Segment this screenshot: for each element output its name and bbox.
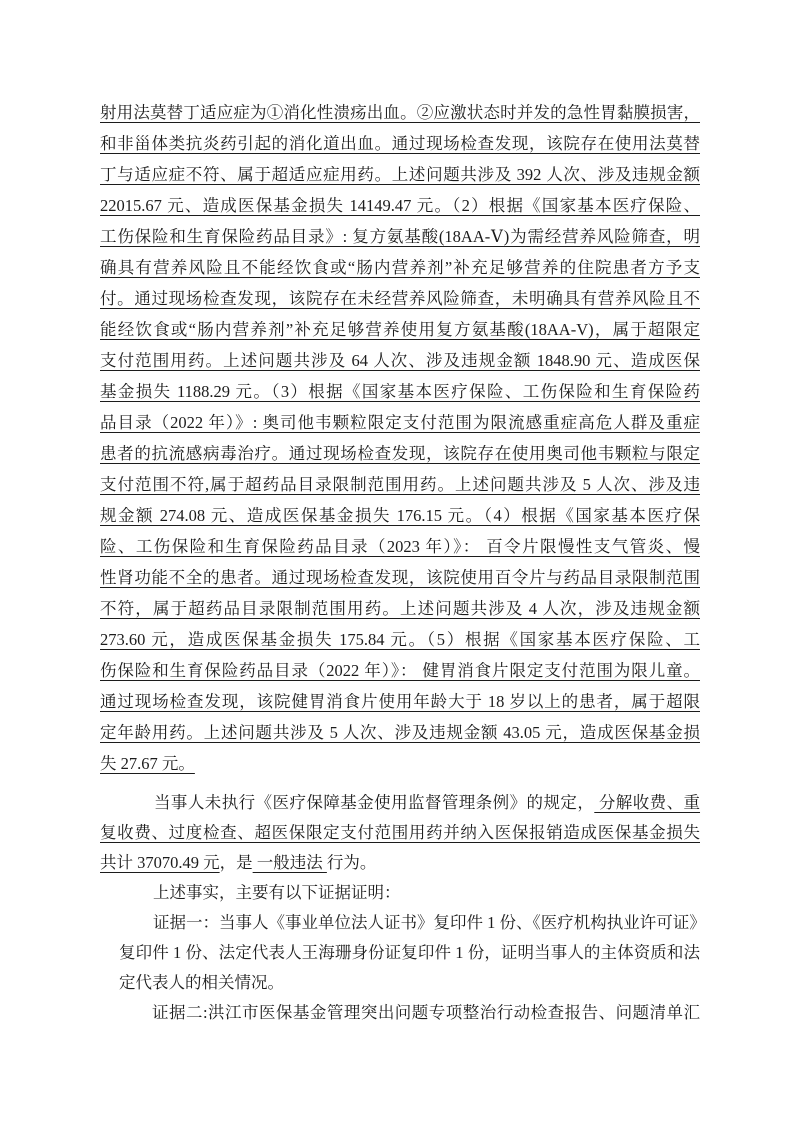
text-line: 性肾功能不全的患者。通过现场检查发现，该院使用百令片与药品目录限制范围 [100, 562, 700, 593]
text-line: 险、工伤保险和生育保险药品目录（2023 年）》： 百令片限慢性支气管炎、慢 [100, 531, 700, 562]
text-segment: 证据一：当事人《事业单位法人证书》复印件 1 份、《医疗机构执业许可证》 [153, 913, 706, 932]
document-body: 射用法莫替丁适应症为①消化性溃疡出血。②应激状态时并发的急性胃黏膜损害，和非甾体… [100, 97, 700, 1028]
text-line: 证据二:洪江市医保基金管理突出问题专项整治行动检查报告、问题清单汇 [100, 998, 700, 1028]
text-segment: 复印件 1 份、法定代表人王海珊身份证复印件 1 份，证明当事人的主体资质和法 [119, 943, 700, 962]
underlined-text-segment: 不符，属于超药品目录限制范围用药。上述问题共涉及 4 人次，涉及违规金额 [100, 599, 700, 618]
underlined-text-segment: 273.60 元，造成医保基金损失 175.84 元。（5）根据《国家基本医疗保… [100, 630, 700, 649]
underlined-text-segment: 品目录（2022 年）》: 奥司他韦颗粒限定支付范围为限流感重症高危人群及重症 [100, 413, 700, 432]
text-line: 定年龄用药。上述问题共涉及 5 人次、涉及违规金额 43.05 元，造成医保基金… [100, 717, 700, 748]
text-line: 和非甾体类抗炎药引起的消化道出血。通过现场检查发现，该院存在使用法莫替 [100, 128, 700, 159]
text-segment: 定代表人的相关情况。 [119, 973, 284, 992]
conclusion-paragraph: 当事人未执行《医疗保障基金使用监督管理条例》的规定， 分解收费、重复收费、过度检… [100, 788, 700, 878]
underlined-text-segment: 支付范围不符,属于超药品目录限制范围用药。上述问题共涉及 5 人次、涉及违 [100, 475, 700, 494]
text-segment: 上述事实，主要有以下证据证明： [153, 883, 401, 902]
underlined-text-segment: 能经饮食或“肠内营养剂”补充足够营养使用复方氨基酸(18AA-V)，属于超限定 [100, 320, 700, 339]
underlined-text-segment: 伤保险和生育保险药品目录（2022 年）》： 健胃消食片限定支付范围为限儿童。 [100, 661, 700, 680]
text-line: 工伤保险和生育保险药品目录》: 复方氨基酸(18AA-Ⅴ)为需经营养风险筛查，明 [100, 221, 700, 252]
text-line: 规金额 274.08 元、造成医保基金损失 176.15 元。（4）根据《国家基… [100, 500, 700, 531]
text-line: 273.60 元，造成医保基金损失 175.84 元。（5）根据《国家基本医疗保… [100, 624, 700, 655]
underlined-text-segment: 支付范围用药。上述问题共涉及 64 人次、涉及违规金额 1848.90 元、造成… [100, 351, 700, 370]
underlined-text-segment: 和非甾体类抗炎药引起的消化道出血。通过现场检查发现，该院存在使用法莫替 [100, 134, 700, 153]
underlined-text-segment: 一般违法 [253, 853, 327, 872]
underlined-text-segment: 基金损失 1188.29 元。（3）根据《国家基本医疗保险、工伤保险和生育保险药 [100, 382, 700, 401]
text-line: 上述事实，主要有以下证据证明： [100, 878, 700, 908]
text-line: 当事人未执行《医疗保障基金使用监督管理条例》的规定， 分解收费、重 [100, 788, 700, 818]
underlined-text-segment: 险、工伤保险和生育保险药品目录（2023 年）》： 百令片限慢性支气管炎、慢 [100, 537, 700, 556]
text-line: 患者的抗流感病毒治疗。通过现场检查发现，该院存在使用奥司他韦颗粒与限定 [100, 438, 700, 469]
text-line: 复印件 1 份、法定代表人王海珊身份证复印件 1 份，证明当事人的主体资质和法 [119, 938, 700, 968]
evidence-intro-paragraph: 上述事实，主要有以下证据证明： [100, 878, 700, 908]
text-line: 品目录（2022 年）》: 奥司他韦颗粒限定支付范围为限流感重症高危人群及重症 [100, 407, 700, 438]
underlined-text-segment: 复收费、过度检查、超医保限定支付范围用药并纳入医保报销造成医保基金损失 [100, 823, 700, 842]
underlined-text-segment: 确具有营养风险且不能经饮食或“肠内营养剂”补充足够营养的住院患者方予支 [100, 258, 700, 277]
underlined-text-segment: 定年龄用药。上述问题共涉及 5 人次、涉及违规金额 43.05 元，造成医保基金… [100, 723, 700, 742]
underlined-text-segment: 共计 37070.49 元 [100, 853, 220, 872]
underlined-text-segment: 付。通过现场检查发现，该院存在未经营养风险筛查，未明确具有营养风险且不 [100, 289, 700, 308]
facts-drug-violations-paragraph: 射用法莫替丁适应症为①消化性溃疡出血。②应激状态时并发的急性胃黏膜损害，和非甾体… [100, 97, 700, 779]
text-line: 共计 37070.49 元，是 一般违法 行为。 [100, 848, 700, 878]
underlined-text-segment: 通过现场检查发现，该院健胃消食片使用年龄大于 18 岁以上的患者，属于超限 [100, 692, 700, 711]
text-line: 丁与适应症不符、属于超适应症用药。上述问题共涉及 392 人次、涉及违规金额 [100, 159, 700, 190]
text-line: 22015.67 元、造成医保基金损失 14149.47 元。（2）根据《国家基… [100, 190, 700, 221]
text-segment: 行为。 [327, 853, 377, 872]
text-line: 失 27.67 元。 [100, 748, 700, 779]
text-line: 基金损失 1188.29 元。（3）根据《国家基本医疗保险、工伤保险和生育保险药 [100, 376, 700, 407]
underlined-text-segment: 失 27.67 元。 [100, 754, 195, 773]
underlined-text-segment: 丁与适应症不符、属于超适应症用药。上述问题共涉及 392 人次、涉及违规金额 [100, 165, 700, 184]
text-line: 不符，属于超药品目录限制范围用药。上述问题共涉及 4 人次，涉及违规金额 [100, 593, 700, 624]
underlined-text-segment: 工伤保险和生育保险药品目录》: 复方氨基酸(18AA-Ⅴ)为需经营养风险筛查，明 [100, 227, 700, 246]
text-line: 支付范围用药。上述问题共涉及 64 人次、涉及违规金额 1848.90 元、造成… [100, 345, 700, 376]
text-line: 伤保险和生育保险药品目录（2022 年）》： 健胃消食片限定支付范围为限儿童。 [100, 655, 700, 686]
text-line: 通过现场检查发现，该院健胃消食片使用年龄大于 18 岁以上的患者，属于超限 [100, 686, 700, 717]
evidence-1-paragraph: 证据一：当事人《事业单位法人证书》复印件 1 份、《医疗机构执业许可证》复印件 … [119, 908, 700, 998]
text-line: 支付范围不符,属于超药品目录限制范围用药。上述问题共涉及 5 人次、涉及违 [100, 469, 700, 500]
underlined-text-segment: 分解收费、重 [594, 793, 700, 812]
underlined-text-segment: 射用法莫替丁适应症为①消化性溃疡出血。②应激状态时并发的急性胃黏膜损害， [100, 103, 700, 122]
text-line: 复收费、过度检查、超医保限定支付范围用药并纳入医保报销造成医保基金损失 [100, 818, 700, 848]
underlined-text-segment: 22015.67 元、造成医保基金损失 14149.47 元。（2）根据《国家基… [100, 196, 700, 215]
text-line: 证据一：当事人《事业单位法人证书》复印件 1 份、《医疗机构执业许可证》 [119, 908, 700, 938]
text-line: 定代表人的相关情况。 [119, 968, 700, 998]
text-segment: 当事人未执行《医疗保障基金使用监督管理条例》的规定， [154, 793, 594, 812]
underlined-text-segment: 患者的抗流感病毒治疗。通过现场检查发现，该院存在使用奥司他韦颗粒与限定 [100, 444, 700, 463]
evidence-2-paragraph: 证据二:洪江市医保基金管理突出问题专项整治行动检查报告、问题清单汇 [100, 998, 700, 1028]
text-line: 付。通过现场检查发现，该院存在未经营养风险筛查，未明确具有营养风险且不 [100, 283, 700, 314]
text-segment: 证据二:洪江市医保基金管理突出问题专项整治行动检查报告、问题清单汇 [152, 1003, 700, 1022]
text-segment: ，是 [220, 853, 253, 872]
underlined-text-segment: 规金额 274.08 元、造成医保基金损失 176.15 元。（4）根据《国家基… [100, 506, 700, 525]
document-page: 射用法莫替丁适应症为①消化性溃疡出血。②应激状态时并发的急性胃黏膜损害，和非甾体… [0, 0, 793, 1122]
text-line: 能经饮食或“肠内营养剂”补充足够营养使用复方氨基酸(18AA-V)，属于超限定 [100, 314, 700, 345]
text-line: 射用法莫替丁适应症为①消化性溃疡出血。②应激状态时并发的急性胃黏膜损害， [100, 97, 700, 128]
text-line: 确具有营养风险且不能经饮食或“肠内营养剂”补充足够营养的住院患者方予支 [100, 252, 700, 283]
underlined-text-segment: 性肾功能不全的患者。通过现场检查发现，该院使用百令片与药品目录限制范围 [100, 568, 700, 587]
